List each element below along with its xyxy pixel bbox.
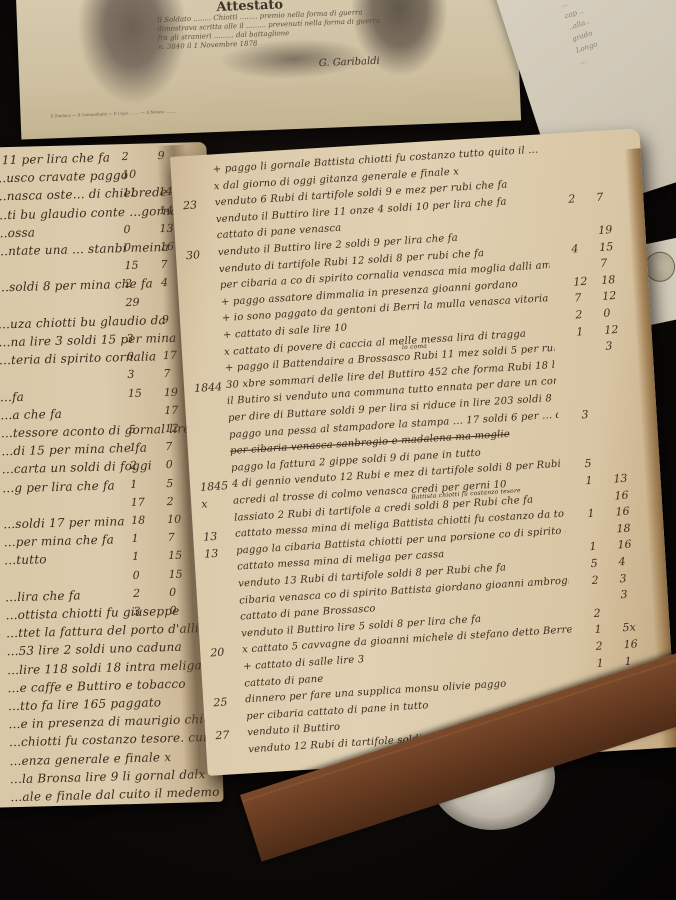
certificate-signature: G. Garibaldi: [319, 56, 380, 69]
ledger-left-line: ...a che fa: [0, 407, 62, 423]
ledger-left-line: ...lire 118 soldi 18 intra meliga: [7, 658, 202, 677]
ledger-entry: venduto il Buttiro: [247, 722, 341, 739]
ledger-amount: 2: [133, 587, 140, 600]
printed-certificate: Attestato Il Soldato ........ Chiotti ..…: [15, 0, 521, 140]
ledger-amount: 5x: [622, 621, 636, 635]
ledger-date: 25: [213, 696, 228, 710]
ledger-amount: 16: [614, 488, 629, 502]
ledger-amount: 0: [123, 223, 130, 236]
ledger-left-line: ...la Bronsa lire 9 li gornal dalx: [10, 767, 206, 786]
ledger-left-line: ...usco cravate paggo: [0, 168, 128, 186]
ledger-date: 1844: [194, 380, 223, 395]
ledger-amount: 1: [130, 477, 137, 490]
ledger-amount: 18: [616, 521, 631, 535]
ledger-amount: 7: [574, 292, 582, 305]
ledger-left-line: ...lira che fa: [5, 588, 81, 604]
ledger-date: 20: [210, 646, 225, 660]
ledger-amount: 1: [576, 325, 584, 338]
ledger-amount: 0: [603, 306, 611, 319]
ledger-amount: 7: [596, 190, 604, 203]
ledger-amount: 12: [604, 323, 619, 337]
ledger-amount: 0: [124, 241, 131, 254]
ledger-amount: 18: [131, 514, 145, 527]
ledger-amount: 5: [584, 457, 592, 470]
ledger-left-line: i 11 per lira che fa: [0, 150, 110, 167]
museum-display-case: Attestato Il Soldato ........ Chiotti ..…: [0, 0, 676, 900]
ledger-amount: 3: [605, 340, 613, 353]
ledger-left-line: ...uza chiotti bu glaudio da: [0, 313, 166, 331]
ledger-amount: 3: [619, 572, 627, 585]
ledger-amount: 2: [122, 150, 129, 163]
ledger-amount: 11: [122, 186, 136, 199]
ledger-amount: 1: [587, 507, 595, 520]
ledger-date: 23: [183, 199, 198, 213]
ledger-amount: 1: [596, 656, 604, 669]
ledger-date: x: [201, 497, 208, 510]
ledger-date: 1845: [200, 479, 229, 494]
ledger-amount: 3: [581, 408, 589, 421]
ledger-left-line: ...g per lira che fa: [2, 478, 115, 495]
ledger-amount: 4: [618, 555, 626, 568]
ledger-left-line: ...ossa: [0, 225, 35, 240]
ledger-left-line: ...fa: [0, 389, 24, 404]
ledger-amount: 0: [132, 568, 139, 581]
ledger-left-line: ...soldi 17 per mina: [3, 514, 125, 531]
ledger-amount: 3: [126, 332, 133, 345]
ledger-amount: 15: [599, 240, 614, 254]
ledger-date: 13: [204, 547, 219, 561]
ledger-entry: + cattato di sale lire 10: [223, 323, 348, 342]
ledger-amount: 13: [613, 472, 628, 486]
ledger-left-line: ...ntate una ... stanbi meina: [0, 240, 169, 259]
ledger-amount: 15: [124, 259, 138, 272]
ledger-amount: 3: [133, 605, 140, 618]
ledger-left-line: ...ale e finale dal cuito il medemo: [10, 785, 219, 804]
ledger-left-line: ...tessore aconto di gornal lire: [1, 421, 191, 440]
ledger-amount: 3: [127, 368, 134, 381]
ledger-date: 30: [186, 248, 201, 262]
ledger-amount: 16: [615, 505, 630, 519]
ledger-left-line: ...53 lire 2 soldi uno caduna: [6, 640, 182, 659]
ledger-date: 27: [215, 729, 230, 743]
ledger-amount: 3: [620, 588, 628, 601]
ledger-left-line: ...nasca oste... di chiebrede: [0, 185, 167, 204]
ledger-amount: 16: [617, 538, 632, 552]
ledger-amount: 17: [131, 495, 145, 508]
ledger-left-line: ...per mina che fa: [4, 533, 115, 550]
ledger-entry: cattato di pane Brossasco: [240, 603, 376, 622]
ledger-amount: 5: [129, 423, 136, 436]
ledger-amount: 19: [598, 223, 613, 237]
ledger-amount: 4: [571, 242, 579, 255]
ledger-amount: 2: [593, 606, 601, 619]
ledger-amount: 2: [575, 308, 583, 321]
ledger-amount: 29: [125, 295, 139, 308]
ledger-amount: 1: [132, 550, 139, 563]
ledger-amount: 2: [130, 459, 137, 472]
ledger-left-line: ...di 15 per mina che fa: [1, 441, 147, 459]
ledger-left-line: ...ottista chiotti fu giuseppe: [5, 604, 179, 623]
ledger-amount: 5: [590, 557, 598, 570]
ledger-amount: 2: [125, 277, 132, 290]
ledger-left-line: ...enza generale e finale x: [9, 750, 171, 768]
certificate-footer: Il Sindaco — Il Comandante — Il Capo ...…: [50, 109, 175, 119]
ledger-date: 13: [203, 530, 218, 544]
ledger-amount: 2: [591, 573, 599, 586]
ledger-amount: 0: [127, 350, 134, 363]
manuscript-fragments: ... cap .. ..alla.. grado Longo ...: [559, 0, 676, 68]
ledger-left-line: ...na lire 3 soldi 15 per mina: [0, 331, 177, 350]
ledger-entry: cattato di pane: [244, 673, 324, 689]
ledger-entry: + cattato di salle lire 3: [243, 654, 365, 672]
ledger-amount: 2: [568, 192, 576, 205]
ledger-left-line: ...ttet la fattura del porto d'alli: [6, 621, 199, 640]
ledger-amount: 12: [602, 289, 617, 303]
ledger-left-line: ...tto fa lire 165 paggato: [8, 695, 162, 713]
ledger-amount: 1: [132, 532, 139, 545]
ledger-amount: 15: [128, 386, 142, 399]
ledger-left-line: ...tutto: [4, 553, 47, 568]
ledger-amount: 10: [122, 168, 136, 181]
ledger-amount: 1: [129, 441, 136, 454]
ledger-amount: 1: [594, 623, 602, 636]
ledger-entry: cattato di pane venasca: [217, 223, 342, 242]
ledger-amount: 7: [600, 257, 608, 270]
ledger-amount: 16: [623, 637, 638, 651]
ledger-amount: 2: [595, 640, 603, 653]
ledger-amount: 1: [585, 474, 593, 487]
ledger-amount: 1: [624, 654, 632, 667]
ledger-left-line: ...e caffe e Buttiro e tobacco: [7, 676, 186, 695]
ledger-amount: 18: [601, 273, 616, 287]
ledger-amount: 1: [589, 540, 597, 553]
ledger-amount: 12: [573, 275, 588, 289]
